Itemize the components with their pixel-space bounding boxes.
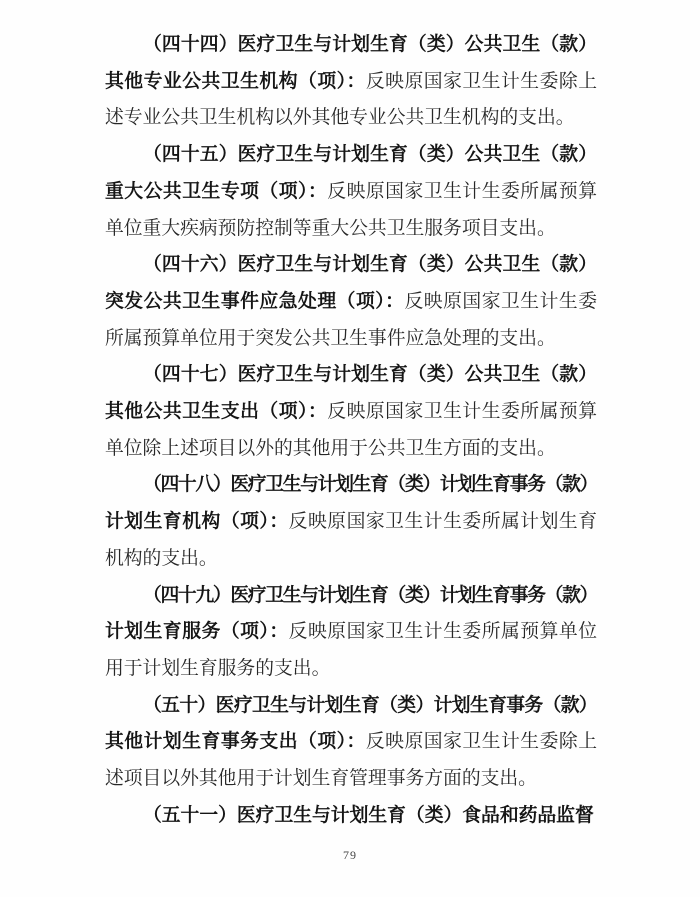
- clause-heading: 其他计划生育事务支出（项）：: [105, 731, 366, 752]
- paragraph: （四十五）医疗卫生与计划生育（类）公共卫生（款）重大公共卫生专项（项）：反映原国…: [105, 137, 597, 247]
- paragraph: （四十七）医疗卫生与计划生育（类）公共卫生（款）其他公共卫生支出（项）：反映原国…: [105, 357, 597, 467]
- text-line: 突发公共卫生事件应急处理（项）：反映原国家卫生计生委: [105, 284, 597, 321]
- text-line: （四十五）医疗卫生与计划生育（类）公共卫生（款）: [105, 137, 597, 174]
- clause-body: 反映原国家卫生计生委除上: [366, 731, 597, 752]
- paragraphs-container: （四十四）医疗卫生与计划生育（类）公共卫生（款）其他专业公共卫生机构（项）：反映…: [105, 27, 597, 834]
- clause-heading: 重大公共卫生专项（项）：: [105, 181, 327, 202]
- text-line: 机构的支出。: [105, 541, 597, 578]
- text-line: （四十八）医疗卫生与计划生育（类）计划生育事务（款）: [105, 467, 597, 504]
- text-line: 计划生育机构（项）：反映原国家卫生计生委所属计划生育: [105, 504, 597, 541]
- clause-body: 单位除上述项目以外的其他用于公共卫生方面的支出。: [105, 438, 556, 459]
- text-line: 单位除上述项目以外的其他用于公共卫生方面的支出。: [105, 431, 597, 468]
- clause-heading: （四十五）医疗卫生与计划生育（类）公共卫生（款）: [143, 144, 597, 165]
- clause-heading: 其他公共卫生支出（项）：: [105, 401, 327, 422]
- text-line: 所属预算单位用于突发公共卫生事件应急处理的支出。: [105, 321, 597, 358]
- text-line: 计划生育服务（项）：反映原国家卫生计生委所属预算单位: [105, 614, 597, 651]
- paragraph: （四十四）医疗卫生与计划生育（类）公共卫生（款）其他专业公共卫生机构（项）：反映…: [105, 27, 597, 137]
- clause-heading: （四十七）医疗卫生与计划生育（类）公共卫生（款）: [143, 364, 597, 385]
- text-line: （四十四）医疗卫生与计划生育（类）公共卫生（款）: [105, 27, 597, 64]
- clause-body: 反映原国家卫生计生委除上: [366, 71, 597, 92]
- text-line: （四十九）医疗卫生与计划生育（类）计划生育事务（款）: [105, 578, 597, 615]
- clause-body: 反映原国家卫生计生委: [404, 291, 597, 312]
- clause-body: 反映原国家卫生计生委所属预算单位: [289, 621, 597, 642]
- clause-body: 反映原国家卫生计生委所属预算: [327, 181, 597, 202]
- clause-heading: （四十八）医疗卫生与计划生育（类）计划生育事务（款）: [143, 474, 597, 495]
- clause-body: 述项目以外其他用于计划生育管理事务方面的支出。: [105, 768, 537, 789]
- text-line: 述专业公共卫生机构以外其他专业公共卫生机构的支出。: [105, 100, 597, 137]
- document-page: （四十四）医疗卫生与计划生育（类）公共卫生（款）其他专业公共卫生机构（项）：反映…: [0, 0, 700, 897]
- text-line: 其他公共卫生支出（项）：反映原国家卫生计生委所属预算: [105, 394, 597, 431]
- text-line: 其他计划生育事务支出（项）：反映原国家卫生计生委除上: [105, 724, 597, 761]
- text-line: 用于计划生育服务的支出。: [105, 651, 597, 688]
- clause-heading: 突发公共卫生事件应急处理（项）：: [105, 291, 404, 312]
- clause-body: 反映原国家卫生计生委所属预算: [327, 401, 597, 422]
- paragraph: （四十六）医疗卫生与计划生育（类）公共卫生（款）突发公共卫生事件应急处理（项）：…: [105, 247, 597, 357]
- page-number: 79: [0, 848, 700, 863]
- clause-body: 单位重大疾病预防控制等重大公共卫生服务项目支出。: [105, 218, 556, 239]
- clause-heading: 其他专业公共卫生机构（项）：: [105, 71, 366, 92]
- clause-heading: （四十六）医疗卫生与计划生育（类）公共卫生（款）: [143, 254, 597, 275]
- text-line: （五十一）医疗卫生与计划生育（类）食品和药品监督: [105, 798, 597, 835]
- text-line: 重大公共卫生专项（项）：反映原国家卫生计生委所属预算: [105, 174, 597, 211]
- text-line: 单位重大疾病预防控制等重大公共卫生服务项目支出。: [105, 211, 597, 248]
- clause-body: 用于计划生育服务的支出。: [105, 658, 330, 679]
- paragraph: （四十八）医疗卫生与计划生育（类）计划生育事务（款）计划生育机构（项）：反映原国…: [105, 467, 597, 577]
- text-line: 其他专业公共卫生机构（项）：反映原国家卫生计生委除上: [105, 64, 597, 101]
- paragraph: （五十一）医疗卫生与计划生育（类）食品和药品监督: [105, 798, 597, 835]
- text-line: （五十）医疗卫生与计划生育（类）计划生育事务（款）: [105, 688, 597, 725]
- text-line: 述项目以外其他用于计划生育管理事务方面的支出。: [105, 761, 597, 798]
- clause-body: 述专业公共卫生机构以外其他专业公共卫生机构的支出。: [105, 107, 575, 128]
- clause-heading: （四十九）医疗卫生与计划生育（类）计划生育事务（款）: [143, 585, 597, 606]
- text-line: （四十七）医疗卫生与计划生育（类）公共卫生（款）: [105, 357, 597, 394]
- clause-heading: 计划生育机构（项）：: [105, 511, 289, 532]
- paragraph: （五十）医疗卫生与计划生育（类）计划生育事务（款）其他计划生育事务支出（项）：反…: [105, 688, 597, 798]
- clause-body: 机构的支出。: [105, 548, 218, 569]
- clause-heading: 计划生育服务（项）：: [105, 621, 289, 642]
- clause-body: 所属预算单位用于突发公共卫生事件应急处理的支出。: [105, 328, 556, 349]
- clause-heading: （五十）医疗卫生与计划生育（类）计划生育事务（款）: [143, 695, 597, 716]
- text-line: （四十六）医疗卫生与计划生育（类）公共卫生（款）: [105, 247, 597, 284]
- clause-body: 反映原国家卫生计生委所属计划生育: [289, 511, 597, 532]
- paragraph: （四十九）医疗卫生与计划生育（类）计划生育事务（款）计划生育服务（项）：反映原国…: [105, 578, 597, 688]
- clause-heading: （五十一）医疗卫生与计划生育（类）食品和药品监督: [143, 805, 594, 826]
- clause-heading: （四十四）医疗卫生与计划生育（类）公共卫生（款）: [143, 34, 597, 55]
